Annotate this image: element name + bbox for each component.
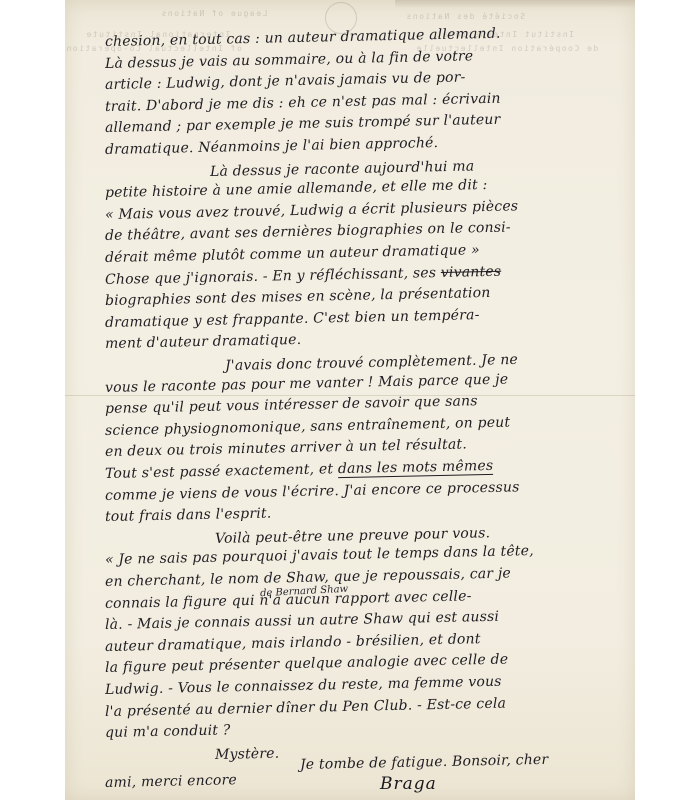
letter-line-22: comme je viens de vous l'écrire. J'ai en… <box>105 479 520 504</box>
letter-line-8: petite histoire à une amie allemande, et… <box>105 177 488 201</box>
letter-line-21: Tout s'est passé exactement, et dans les… <box>105 458 494 482</box>
letter-line-29: auteur dramatique, mais irlando - brésil… <box>105 631 481 655</box>
signature: Braga <box>380 774 437 794</box>
letterhead-left-top: League of Nations <box>160 9 267 18</box>
letter-line-12-text: Chose que j'ignorais. - En y réfléchissa… <box>105 265 441 288</box>
letter-line-15: ment d'auteur dramatique. <box>105 332 302 352</box>
letter-page: League of Nations International Institut… <box>65 0 635 800</box>
letter-line-17: vous le raconte pas pour me vanter ! Mai… <box>105 371 509 395</box>
letter-line-25: « Je ne sais pas pourquoi j'avais tout l… <box>105 543 534 568</box>
letter-line-10: de théâtre, avant ses dernières biograph… <box>105 220 511 244</box>
letter-line-14: dramatique y est frappante. C'est bien u… <box>105 307 480 331</box>
letter-line-16: J'avais donc trouvé complètement. Je ne <box>225 352 518 374</box>
letter-line-24: Voilà peut-être une preuve pour vous. <box>215 525 491 547</box>
paper-torn-edge <box>395 0 635 8</box>
letter-line-20: en deux ou trois minutes arriver à un te… <box>105 437 467 461</box>
letter-line-36: ami, merci encore <box>105 772 237 791</box>
letter-line-31: Ludwig. - Vous le connaissez du reste, m… <box>105 674 502 698</box>
letter-line-13: biographies sont des mises en scène, la … <box>105 285 491 309</box>
letter-line-12: Chose que j'ignorais. - En y réfléchissa… <box>105 263 502 287</box>
letter-line-3: article : Ludwig, dont je n'avais jamais… <box>105 70 466 94</box>
letter-line-4: trait. D'abord je me dis : eh ce n'est p… <box>105 91 501 115</box>
letter-line-28: là. - Mais je connais aussi un autre Sha… <box>105 609 499 633</box>
letter-line-18: pense qu'il peut vous intéresser de savo… <box>105 393 478 417</box>
letter-line-30: la figure peut présenter quelque analogi… <box>105 652 509 676</box>
letter-line-5: allemand ; par exemple je me suis trompé… <box>105 112 501 136</box>
letter-line-23: tout frais dans l'esprit. <box>105 506 272 525</box>
letter-line-6: dramatique. Néanmoins je l'ai bien appro… <box>105 135 439 158</box>
letter-line-9: « Mais vous avez trouvé, Ludwig a écrit … <box>105 198 519 223</box>
letter-line-33: qui m'a conduit ? <box>105 723 231 742</box>
letter-line-19: science physiognomonique, sans entraînem… <box>105 414 511 438</box>
letter-line-7: Là dessus je raconte aujourd'hui ma <box>210 158 475 180</box>
letter-line-35: Je tombe de fatigue. Bonsoir, cher <box>300 752 549 773</box>
letter-line-21-text: Tout s'est passé exactement, et <box>105 461 338 482</box>
letterhead-right-top: Société des Nations <box>405 12 525 21</box>
struck-word: vivantes <box>441 263 502 280</box>
letter-line-11: dérait même plutôt comme un auteur drama… <box>105 242 480 266</box>
letter-line-34: Mystère. <box>215 745 280 762</box>
underlined-phrase: dans les mots mêmes <box>338 458 494 478</box>
letter-line-32: l'a présenté au dernier dîner du Pen Clu… <box>105 695 506 719</box>
